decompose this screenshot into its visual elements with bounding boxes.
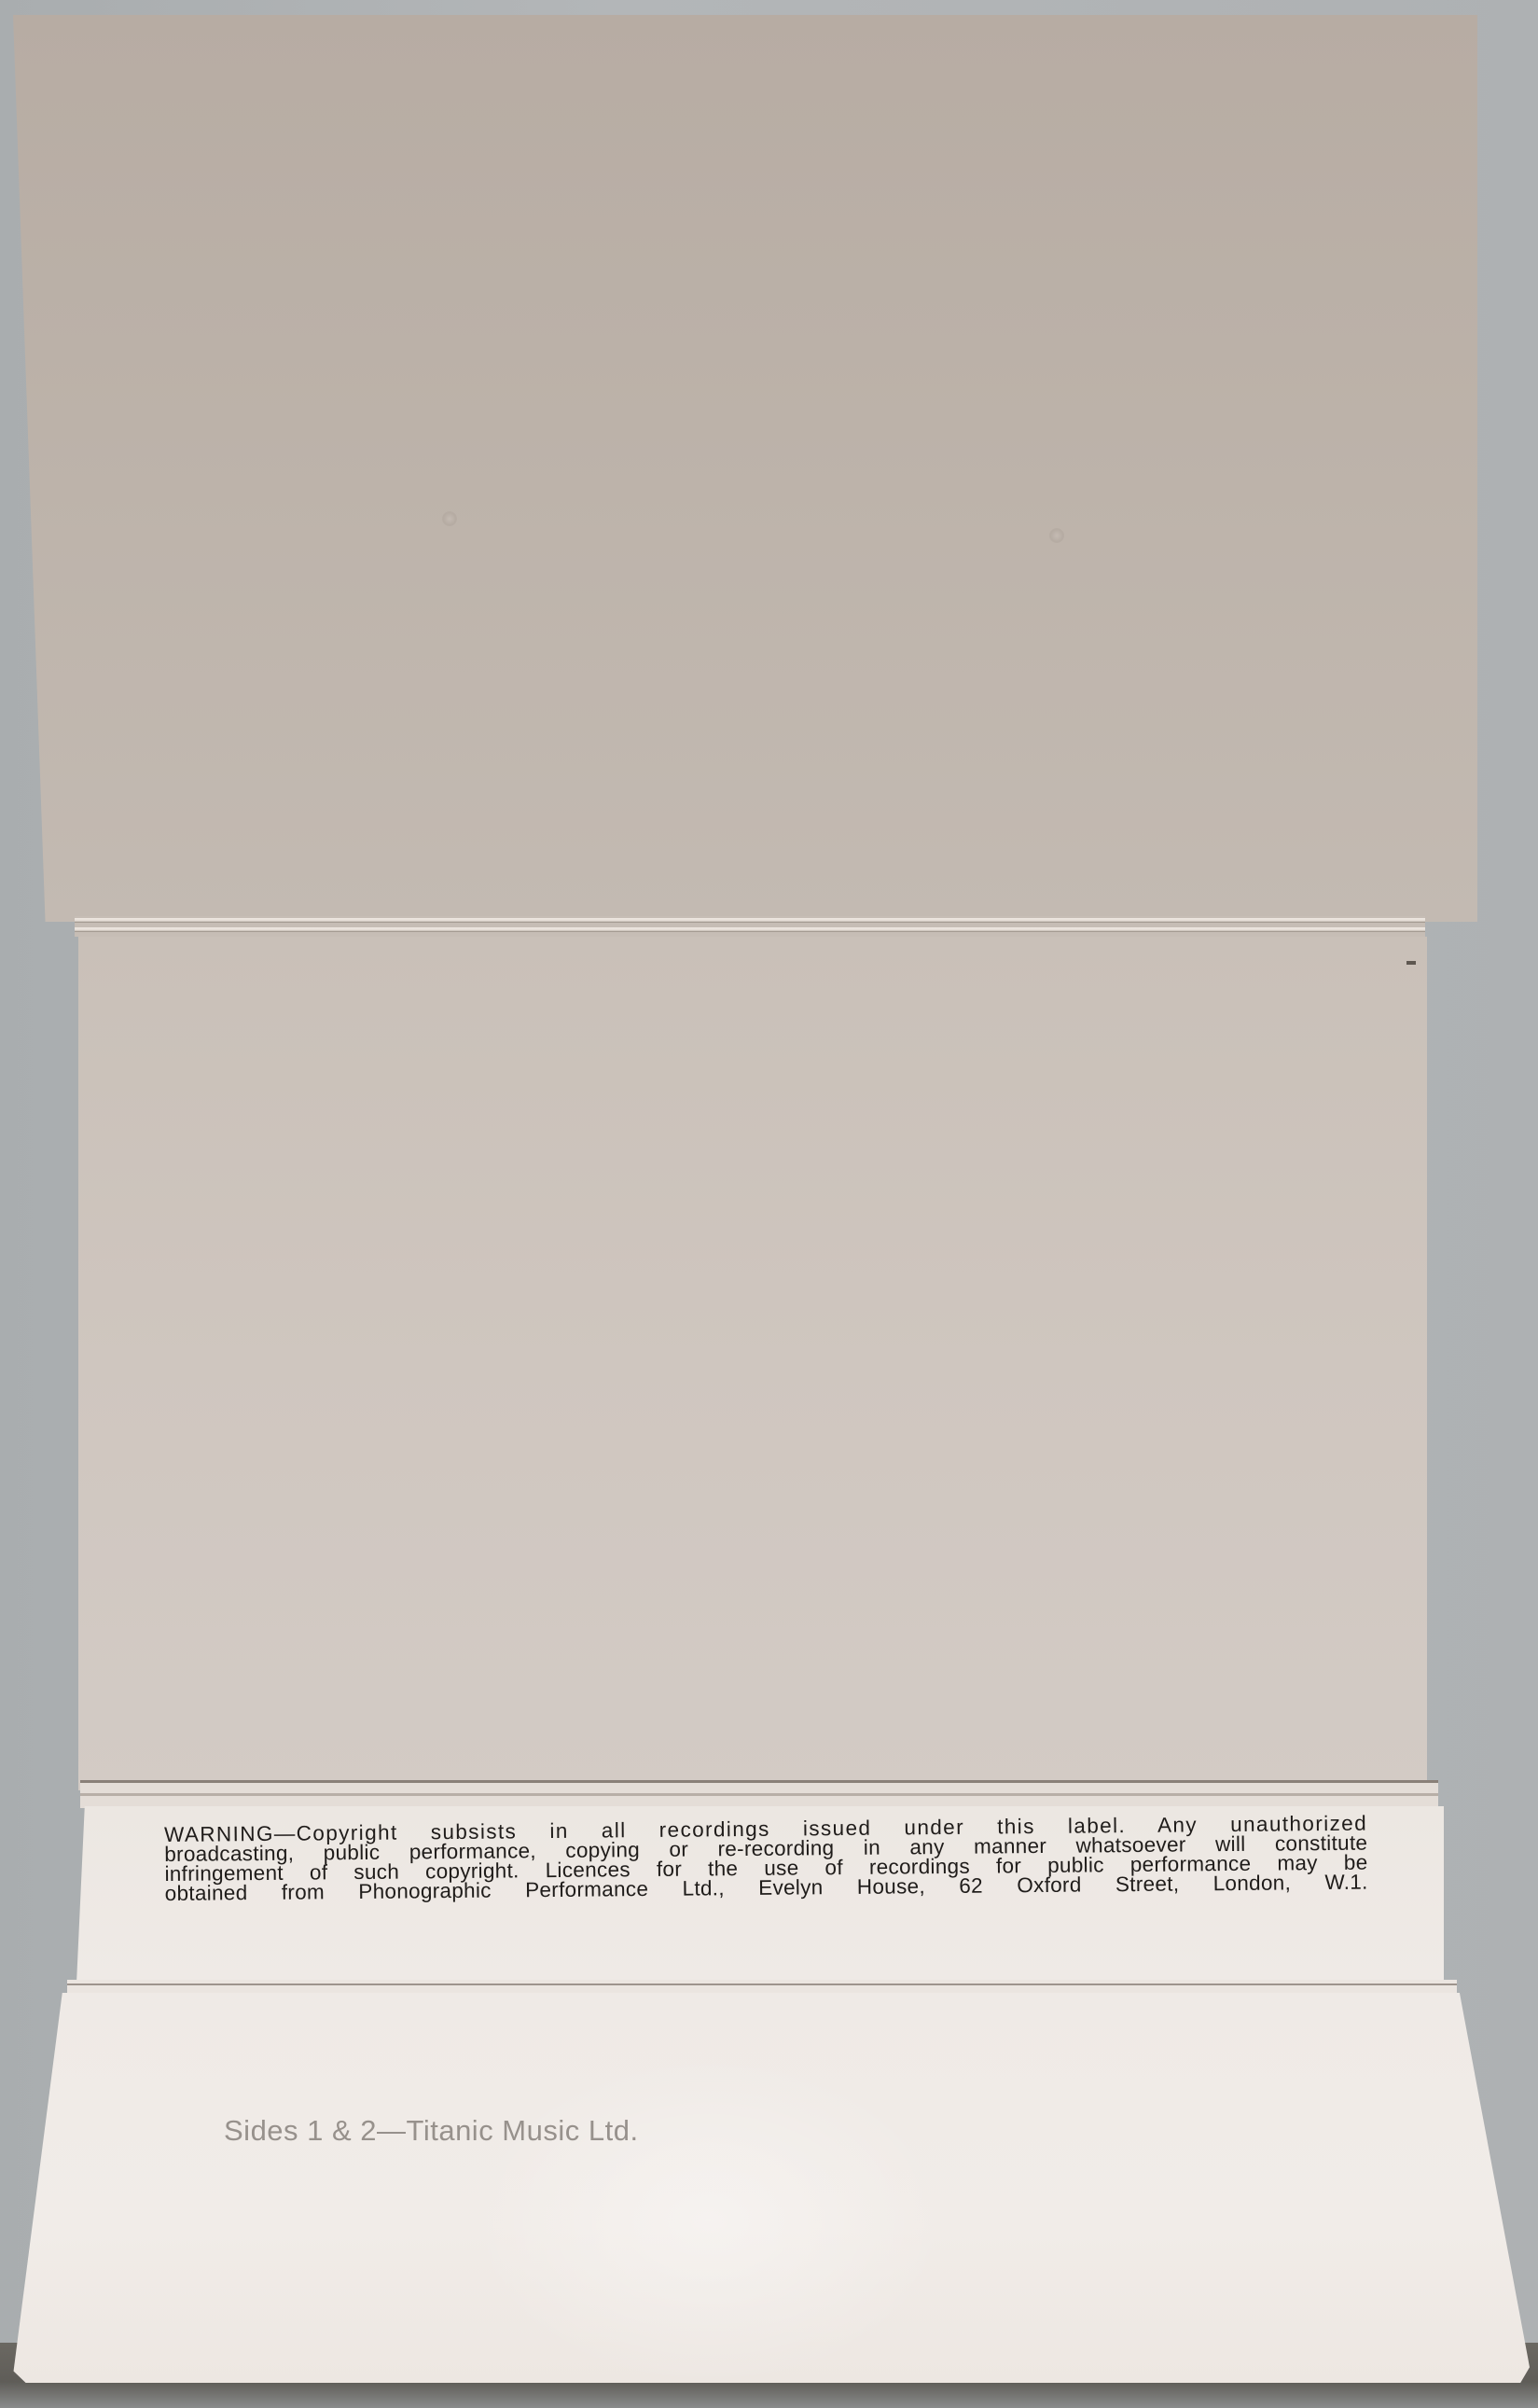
fold-crease-middle	[80, 1780, 1438, 1808]
edge-mark	[1406, 961, 1416, 965]
publisher-credit: Sides 1 & 2—Titanic Music Ltd.	[224, 2114, 639, 2148]
fold-crease-top	[75, 916, 1425, 937]
copyright-warning: WARNING—Copyright subsists in all record…	[164, 1814, 1368, 1903]
paper-dimple	[442, 511, 457, 526]
crease-line	[75, 927, 1425, 932]
inlay-middle-panel	[78, 937, 1427, 1790]
inlay-top-panel	[13, 15, 1477, 922]
crease-line	[80, 1793, 1438, 1796]
cassette-inlay-card: WARNING—Copyright subsists in all record…	[0, 0, 1538, 2408]
inlay-bottom-panel	[7, 1993, 1530, 2383]
crease-line	[67, 1983, 1457, 1985]
crease-line	[80, 1780, 1438, 1783]
crease-line	[75, 918, 1425, 923]
paper-dimple	[1049, 528, 1064, 543]
fold-crease-bottom	[67, 1980, 1457, 1995]
